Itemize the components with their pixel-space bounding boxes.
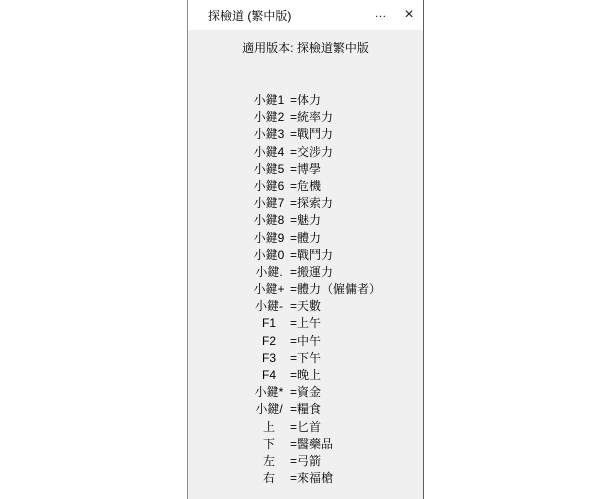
hotkey-row: 下=醫藥品 [252, 436, 423, 453]
hotkey-row: 小鍵2=統率力 [252, 109, 423, 126]
hotkey-key: 下 [252, 436, 286, 453]
hotkey-row: 小鍵8=魅力 [252, 212, 423, 229]
hotkey-key: 小鍵. [252, 264, 286, 281]
hotkey-row: 小鍵6=危機 [252, 178, 423, 195]
hotkey-key: 小鍵+ [252, 281, 286, 298]
hotkey-value: =晚上 [290, 367, 321, 384]
hotkey-list: 小鍵1=体力小鍵2=統率力小鍵3=戰鬥力小鍵4=交涉力小鍵5=博學小鍵6=危機小… [188, 92, 423, 487]
more-button[interactable]: … [367, 0, 395, 30]
hotkey-key: 小鍵4 [252, 144, 286, 161]
hotkey-value: =博學 [290, 161, 321, 178]
hotkey-value: =体力 [290, 92, 321, 109]
app-window: 探檢道 (繁中版) … × 適用版本: 探檢道繁中版 小鍵1=体力小鍵2=統率力… [187, 0, 424, 499]
hotkey-row: 小鍵9=體力 [252, 230, 423, 247]
hotkey-key: 小鍵* [252, 384, 286, 401]
close-button[interactable]: × [395, 0, 423, 30]
hotkey-value: =魅力 [290, 212, 321, 229]
hotkey-value: =上午 [290, 315, 321, 332]
hotkey-row: 小鍵1=体力 [252, 92, 423, 109]
hotkey-value: =交涉力 [290, 144, 333, 161]
hotkey-row: 小鍵5=博學 [252, 161, 423, 178]
hotkey-key: 小鍵9 [252, 230, 286, 247]
hotkey-value: =資金 [290, 384, 321, 401]
version-label: 適用版本: 探檢道繁中版 [188, 30, 423, 56]
ellipsis-icon: … [375, 6, 388, 20]
hotkey-key: 小鍵2 [252, 109, 286, 126]
hotkey-value: =體力 [290, 230, 321, 247]
hotkey-key: 小鍵1 [252, 92, 286, 109]
hotkey-value: =戰鬥力 [290, 247, 333, 264]
hotkey-value: =下午 [290, 350, 321, 367]
hotkey-row: 右=來福槍 [252, 470, 423, 487]
hotkey-key: 右 [252, 470, 286, 487]
hotkey-value: =弓箭 [290, 453, 321, 470]
hotkey-row: 左=弓箭 [252, 453, 423, 470]
titlebar-buttons: … × [367, 0, 423, 30]
client-area: 適用版本: 探檢道繁中版 小鍵1=体力小鍵2=統率力小鍵3=戰鬥力小鍵4=交涉力… [188, 30, 423, 499]
hotkey-key: F3 [252, 350, 286, 367]
hotkey-key: 小鍵0 [252, 247, 286, 264]
close-icon: × [404, 6, 413, 24]
hotkey-row: F3=下午 [252, 350, 423, 367]
hotkey-row: 小鍵.=搬運力 [252, 264, 423, 281]
hotkey-value: =來福槍 [290, 470, 333, 487]
hotkey-key: 小鍵7 [252, 195, 286, 212]
hotkey-row: 小鍵0=戰鬥力 [252, 247, 423, 264]
hotkey-row: 小鍵+=體力（僱傭者） [252, 281, 423, 298]
titlebar[interactable]: 探檢道 (繁中版) … × [188, 0, 423, 30]
hotkey-value: =匕首 [290, 419, 321, 436]
hotkey-value: =探索力 [290, 195, 333, 212]
hotkey-value: =醫藥品 [290, 436, 333, 453]
hotkey-key: 小鍵6 [252, 178, 286, 195]
hotkey-key: F2 [252, 333, 286, 350]
hotkey-key: 小鍵3 [252, 126, 286, 143]
hotkey-row: 小鍵-=天數 [252, 298, 423, 315]
hotkey-row: 小鍵*=資金 [252, 384, 423, 401]
hotkey-value: =搬運力 [290, 264, 333, 281]
hotkey-value: =統率力 [290, 109, 333, 126]
hotkey-row: F2=中午 [252, 333, 423, 350]
hotkey-key: F1 [252, 315, 286, 332]
hotkey-key: F4 [252, 367, 286, 384]
hotkey-key: 小鍵- [252, 298, 286, 315]
hotkey-key: 上 [252, 419, 286, 436]
hotkey-key: 小鍵8 [252, 212, 286, 229]
hotkey-row: 小鍵7=探索力 [252, 195, 423, 212]
hotkey-key: 左 [252, 453, 286, 470]
hotkey-value: =糧食 [290, 401, 321, 418]
desktop-background: 探檢道 (繁中版) … × 適用版本: 探檢道繁中版 小鍵1=体力小鍵2=統率力… [0, 0, 608, 499]
hotkey-row: 小鍵/=糧食 [252, 401, 423, 418]
hotkey-value: =危機 [290, 178, 321, 195]
hotkey-row: 上=匕首 [252, 419, 423, 436]
hotkey-row: 小鍵3=戰鬥力 [252, 126, 423, 143]
hotkey-value: =體力（僱傭者） [290, 281, 381, 298]
hotkey-value: =中午 [290, 333, 321, 350]
hotkey-key: 小鍵5 [252, 161, 286, 178]
hotkey-value: =天數 [290, 298, 321, 315]
hotkey-value: =戰鬥力 [290, 126, 333, 143]
window-title: 探檢道 (繁中版) [208, 7, 291, 24]
hotkey-key: 小鍵/ [252, 401, 286, 418]
hotkey-row: F1=上午 [252, 315, 423, 332]
hotkey-row: F4=晚上 [252, 367, 423, 384]
hotkey-row: 小鍵4=交涉力 [252, 144, 423, 161]
